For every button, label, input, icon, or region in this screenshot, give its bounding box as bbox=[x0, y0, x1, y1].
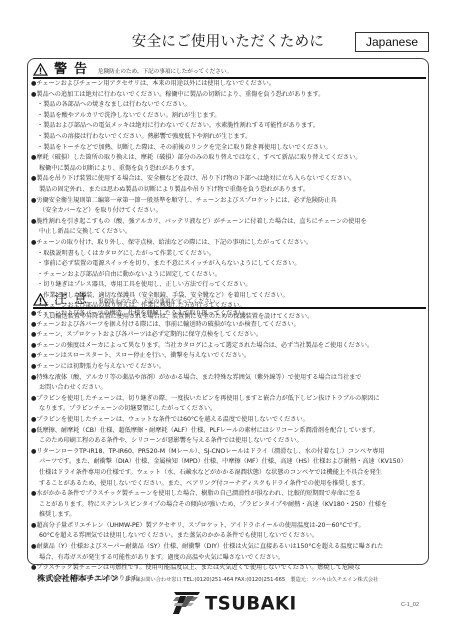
list-item: ●チェーンには初期張力を与えないでください。 bbox=[31, 362, 427, 373]
contact-info: お客様お問い合わせ窓口 TEL:(0120)251-464 FAX:(0120)… bbox=[125, 576, 379, 583]
list-item: 推奨します。 bbox=[31, 510, 427, 521]
warning-heading: 警告 bbox=[54, 63, 94, 76]
list-item: ・製品をトーチなどで加熱、切断した際は、その前後のリンクを完全に取り除き再使用し… bbox=[31, 143, 427, 154]
logo-text: TSUBAKI bbox=[205, 592, 297, 614]
caution-list: ●チェーンおよび各パーツの構造、仕様を理解したうえで取り扱ってください。 ●チェ… bbox=[31, 309, 427, 584]
tsubaki-logo: TSUBAKI bbox=[172, 592, 297, 614]
list-item: 60°Cを超える雰囲気では使用しないでください。また蒸気のかかる条件でも使用しな… bbox=[31, 531, 427, 542]
list-item: ・切り継ぎはプレス器具、専用工具を使用し、正しい方法で行ってください。 bbox=[31, 280, 427, 291]
list-item: ・製品の各部品への焼きなましは行わないでください。 bbox=[31, 100, 427, 111]
list-item: ●プラピンを使用したチェーンは、切り継ぎの際、一度抜いたピンを再使用しますと嵌合… bbox=[31, 394, 427, 405]
list-item: ●摩耗（破損）した箇所の取り換えは、摩耗（破損）部分のみの取り替えではなく、すべ… bbox=[31, 153, 427, 164]
list-item: ●超高分子量ポリエチレン（UHMW-PE）製アクセサリ、スプロケット、アイドラホ… bbox=[31, 521, 427, 532]
list-item: ・製品および部品への電気メッキは絶対に行わないでください。水素脆性割れする可能性… bbox=[31, 121, 427, 132]
list-item: 稼働中に製品の切断により、重傷を負う恐れがあります。 bbox=[31, 164, 427, 175]
page-title: 安全にご使用いただくために bbox=[128, 30, 328, 51]
footer-line: 株式会社椿本チエイン お客様お問い合わせ窓口 TEL:(0120)251-464… bbox=[37, 573, 378, 584]
warning-list: ●チェーンおよびチェーン用アクセサリは、本来の用途以外には使用しないでください。… bbox=[31, 79, 427, 323]
list-item: ●脆性割れを引き起こすもの（酸、強アルカリ、バッテリ液など）がチェーンに付着した… bbox=[31, 217, 427, 228]
list-item: （安全カバーなど）を取り付けてください。 bbox=[31, 206, 427, 217]
list-item: ●プラピンを使用したチェーンは、ウェットな条件では60°Cを越える温度で使用しな… bbox=[31, 415, 427, 426]
caution-header: 注意 事故防止のため、下記の事項を守ってください。 bbox=[33, 292, 221, 306]
list-item: ●チェーンおよび各パーツを据え付ける際には、事前に輸送時の破損がないか検査してく… bbox=[31, 320, 427, 331]
list-item: パーツです。また、耐衝撃（DIA）仕様、金属検知（MPD）仕様、中摩擦（MF）仕… bbox=[31, 457, 427, 468]
list-item: ●労働安全衛生規則第二編第一章第一節一般基準を順守し、チェーンおよびスプロケット… bbox=[31, 196, 427, 207]
warning-header: 警告 危険防止のため、下記の事項にしたがってください。 bbox=[33, 62, 232, 76]
list-item: ●チェーンおよびチェーン用アクセサリは、本来の用途以外には使用しないでください。 bbox=[31, 79, 427, 90]
list-item: ●特殊な液体（酸、アルカリ等の薬品や溶剤）がかかる場合、また特殊な雰囲気（紫外線… bbox=[31, 373, 427, 384]
language-badge: Japanese bbox=[355, 32, 429, 52]
caution-heading: 注意 bbox=[54, 293, 94, 306]
document-code: C-1_02 bbox=[401, 602, 419, 608]
list-item: 中止し新品に交換してください。 bbox=[31, 227, 427, 238]
company-name: 株式会社椿本チエイン bbox=[37, 573, 119, 584]
list-item: ●チェーンの取り付け、取り外し、保守点検、給油などの際には、下記の事項にしたがっ… bbox=[31, 238, 427, 249]
list-item: 製品の固定外れ、または思わぬ製品の切断により製品や吊り下げ物で重傷を負う恐れがあ… bbox=[31, 185, 427, 196]
warning-triangle-icon bbox=[33, 63, 48, 76]
list-item: ●耐薬品（Y）仕様およびスーパー耐薬品（SY）仕様、耐衝撃（DIY）仕様は火気に… bbox=[31, 542, 427, 553]
list-item: ことがあります。特にステンレスピンタイプの場合その傾向が強いため、プラピンタイプ… bbox=[31, 500, 427, 511]
list-item: ●チェーンの強度はメーカによって異なります。当社カタログによって選定された場合は… bbox=[31, 341, 427, 352]
list-item: ●製品を吊り下げ装置に使用する場合は、安全柵などを設け、吊り下げ物の下部へは絶対… bbox=[31, 174, 427, 185]
list-item: ・製品を酸やアルカリで洗浄しないでください。割れが生じます。 bbox=[31, 111, 427, 122]
list-item: なります。プラピンチェーンの切継要領にしたがってください。 bbox=[31, 404, 427, 415]
list-item: ●低摩擦、耐摩耗（CB）仕様、超低摩擦・耐摩耗（ALF）仕様、PLFレールの素材… bbox=[31, 426, 427, 437]
list-item: お問い合わせください。 bbox=[31, 383, 427, 394]
list-item: 場合、有毒ガスが発生する可能性があります。過度の高温や火気に曝さないでください。 bbox=[31, 553, 427, 564]
list-item: ・取扱説明書もしくはカタログにしたがって作業してください。 bbox=[31, 249, 427, 260]
caution-triangle-icon bbox=[33, 293, 48, 306]
list-item: ・製品への溶接は行わないでください。熱影響で強度低下や割れが生じます。 bbox=[31, 132, 427, 143]
tsubaki-mark-icon bbox=[172, 592, 202, 614]
list-item: ●水がかかる条件でプラスチック製チェーンを使用した場合、樹脂の自己潤滑性が損なわ… bbox=[31, 489, 427, 500]
list-item: ●チェーンはスロースタート、スロー停止を行い、衝撃を与えないでください。 bbox=[31, 351, 427, 362]
list-item: ●チェーンおよび各パーツの構造、仕様を理解したうえで取り扱ってください。 bbox=[31, 309, 427, 320]
list-item: ●チェーン、スプロケットおよび各パーツは必ず定期的に保守点検をしてください。 bbox=[31, 330, 427, 341]
list-item: することがあるため、使用しないでください。また、ベアリング付コーナディスクもドラ… bbox=[31, 479, 427, 490]
warning-note: 危険防止のため、下記の事項にしたがってください。 bbox=[98, 68, 232, 76]
list-item: このため印刷工程のある条件や、シリコーンが悪影響を与える条件では使用しないでくだ… bbox=[31, 436, 427, 447]
list-item: ●リターンローラTP-IR18、TP-IR60、PR520-M（Mレール）、SJ… bbox=[31, 447, 427, 458]
list-item: ・チェーンおよび部品が自由に動かないように固定してください。 bbox=[31, 270, 427, 281]
caution-note: 事故防止のため、下記の事項を守ってください。 bbox=[98, 298, 221, 306]
list-item: 仕様はドライ条件専用の仕様です。ウェット（水、石鹸水などがかかる湿潤状態）な状態… bbox=[31, 468, 427, 479]
list-item: ●製品への追加工は絶対に行わないでください。稼働中に製品の切断により、重傷を負う… bbox=[31, 90, 427, 101]
list-item: ・事前に必ず装置の電源スイッチを切り、また不意にスイッチが入らないようにしてくだ… bbox=[31, 259, 427, 270]
